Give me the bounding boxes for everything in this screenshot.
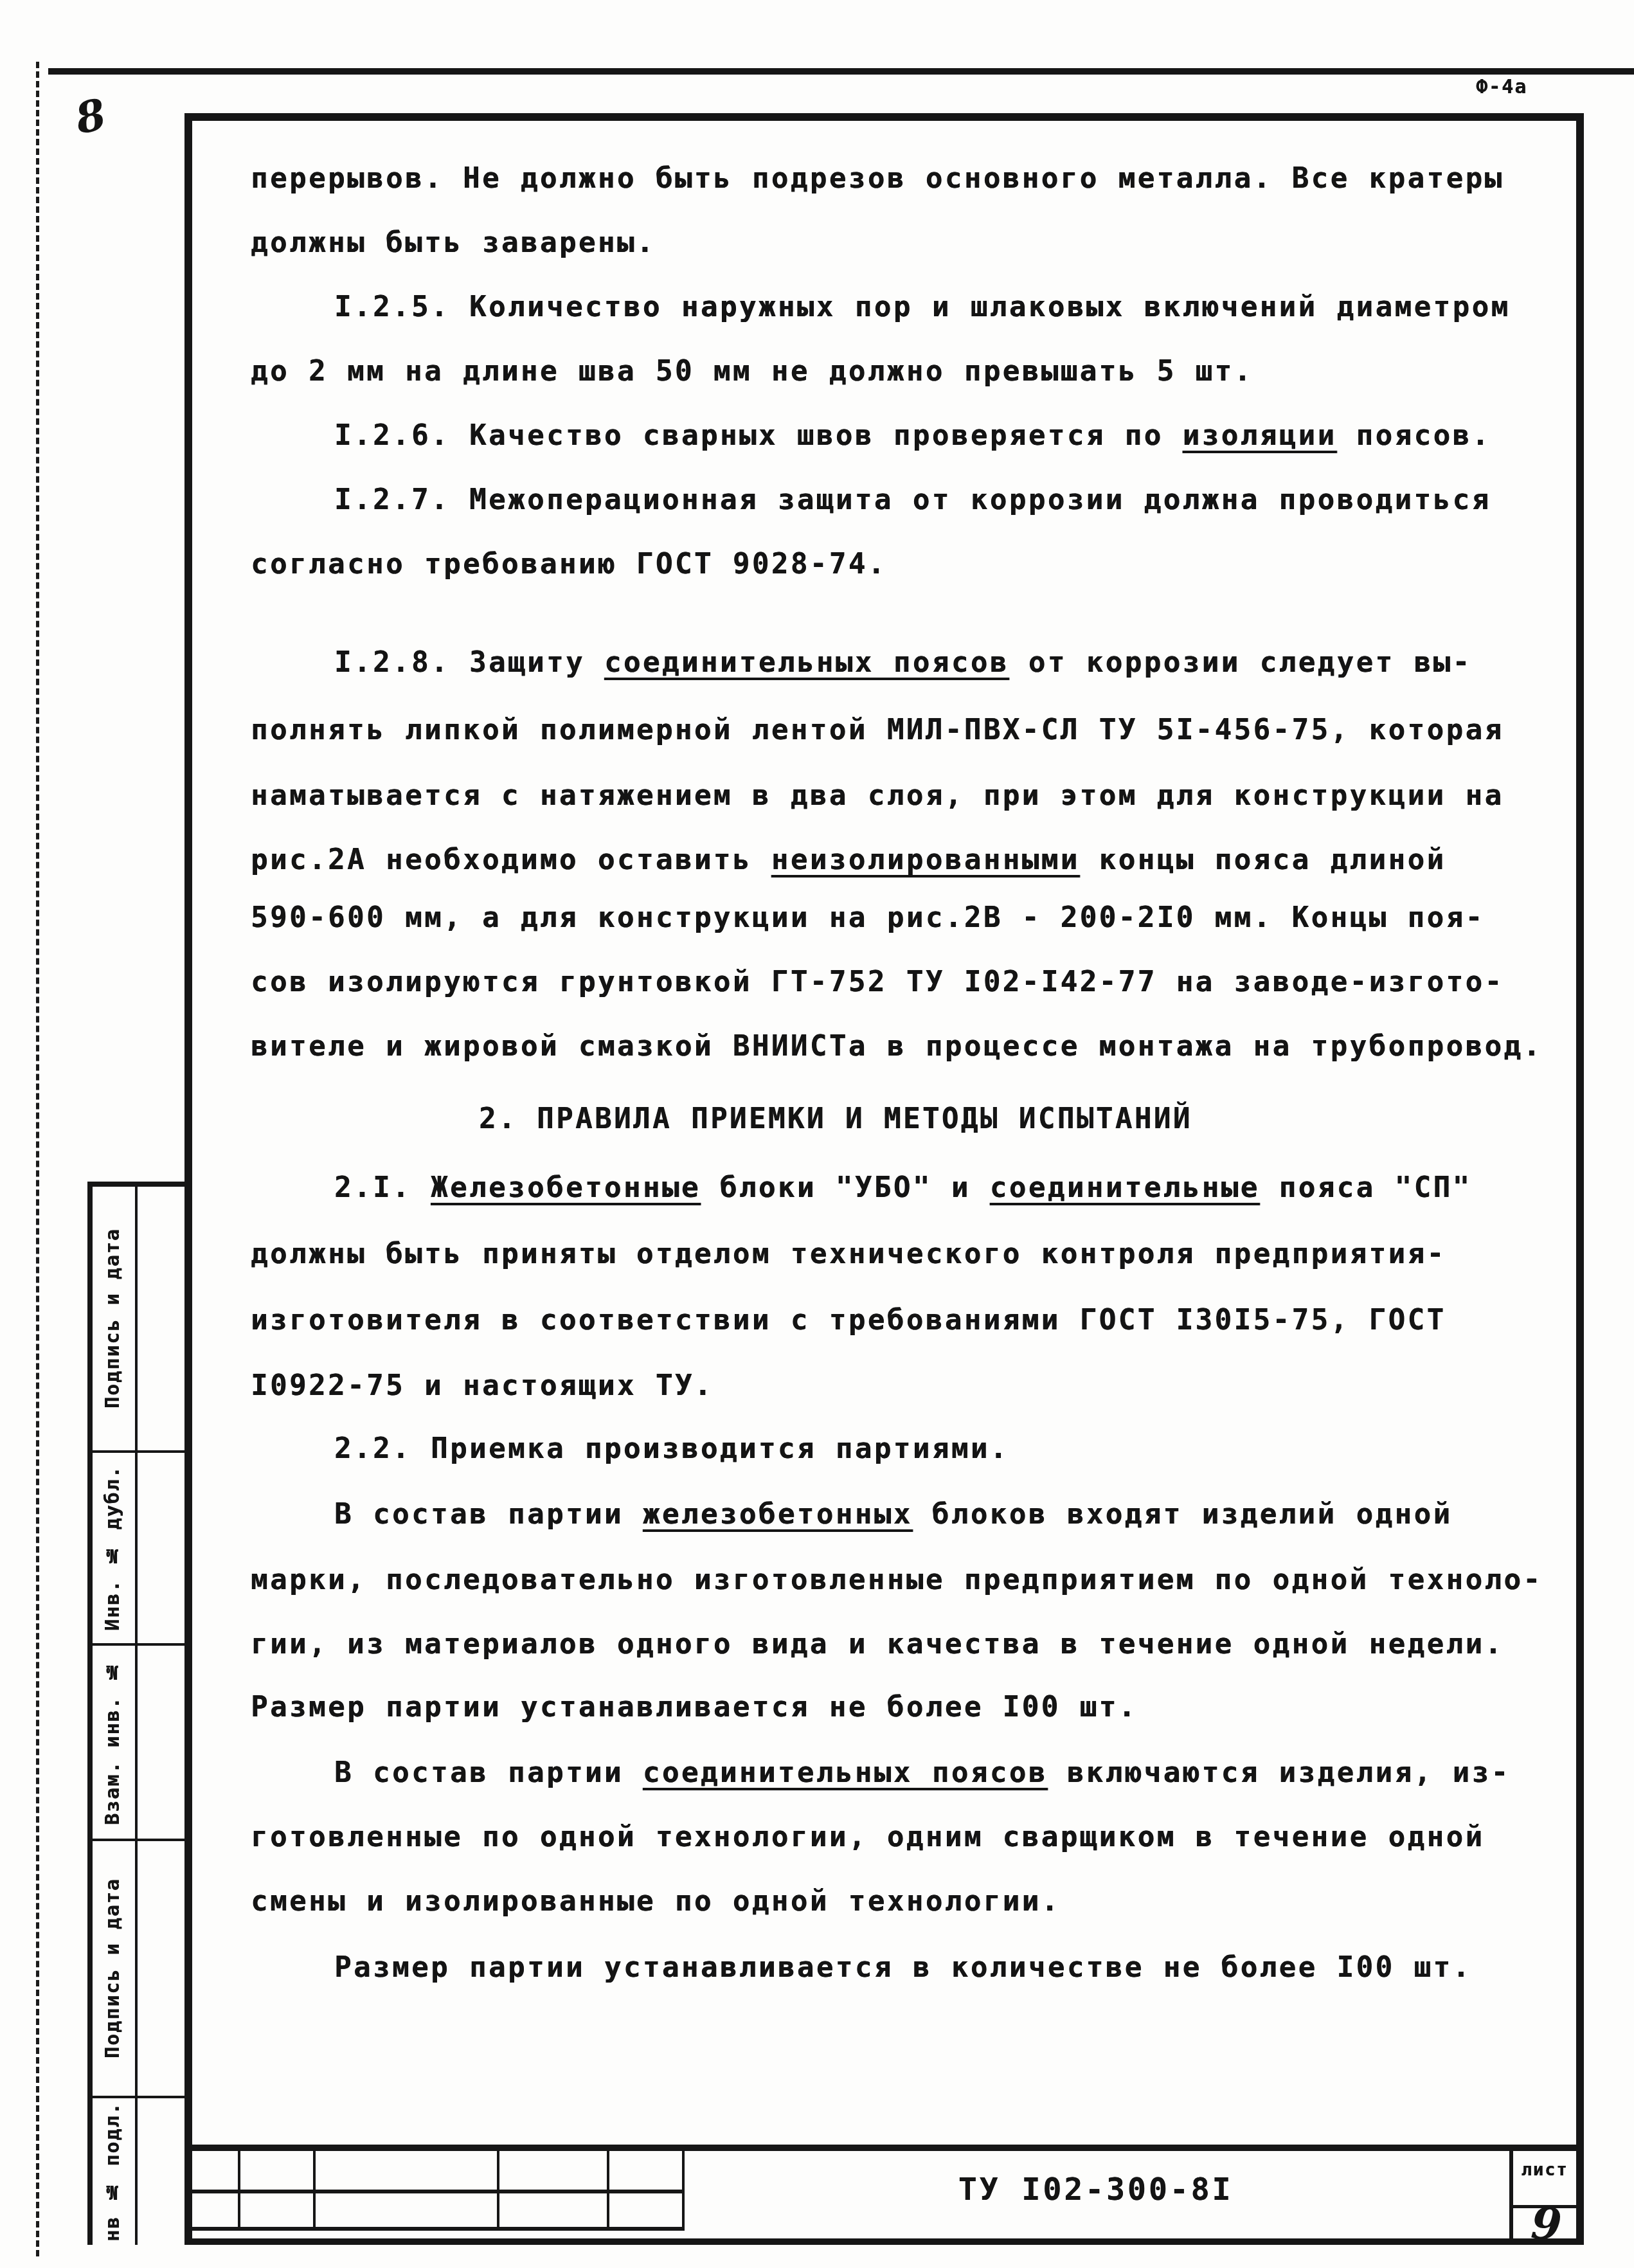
text-segment: сов изолируются грунтовкой ГТ-752 ТУ I02… — [251, 966, 1504, 998]
text-line: I.2.6. Качество сварных швов проверяется… — [334, 419, 1491, 452]
stamp-label-inv-podl: нв № подл. — [90, 2098, 135, 2245]
text-segment: смены и изолированные по одной технологи… — [251, 1885, 1061, 1918]
text-line: наматывается с натяжением в два слоя, пр… — [251, 779, 1504, 812]
text-line: Размер партии устанавливается не более I… — [251, 1691, 1138, 1724]
stamp-label-inv-dubl: Инв. № дубл. — [90, 1453, 135, 1643]
text-segment: I0922-75 и настоящих ТУ. — [251, 1369, 714, 1402]
text-line: гии, из материалов одного вида и качеств… — [251, 1628, 1504, 1661]
stamp-label-podpis-data-1: Подпись и дата — [90, 1187, 135, 1450]
text-segment: гии, из материалов одного вида и качеств… — [251, 1628, 1504, 1661]
underlined-text: Железобетонные — [431, 1171, 701, 1204]
stamp-label-vzam-inv: Взам. инв. № — [90, 1646, 135, 1839]
text-line: 2.I. Железобетонные блоки "УБО" и соедин… — [334, 1171, 1471, 1204]
text-line: согласно требованию ГОСТ 9028-74. — [251, 548, 887, 580]
text-segment: 2.2. Приемка производится партиями. — [334, 1432, 1009, 1465]
titleblock-row-line — [190, 2190, 685, 2193]
text-segment: рис.2А необходимо оставить — [251, 843, 771, 876]
text-line: должны быть заварены. — [251, 226, 656, 259]
text-segment: В состав партии — [334, 1498, 643, 1531]
text-line: перерывов. Не должно быть подрезов основ… — [251, 162, 1504, 195]
underlined-text: изоляции — [1183, 419, 1337, 452]
text-line: изготовителя в соответствии с требования… — [251, 1304, 1446, 1336]
text-line: В состав партии соединительных поясов вк… — [334, 1756, 1510, 1789]
text-segment: вителе и жировой смазкой ВНИИСТа в проце… — [251, 1030, 1542, 1063]
text-segment: марки, последовательно изготовленные пре… — [251, 1563, 1542, 1596]
text-line: вителе и жировой смазкой ВНИИСТа в проце… — [251, 1030, 1542, 1063]
text-line: В состав партии железобетонных блоков вх… — [334, 1498, 1452, 1531]
text-segment: полнять липкой полимерной лентой МИЛ-ПВХ… — [251, 714, 1504, 746]
text-segment: Размер партии устанавливается в количест… — [334, 1951, 1471, 1984]
sheet-label: лист — [1513, 2160, 1576, 2180]
text-segment: от коррозии следует вы- — [1009, 646, 1472, 679]
text-segment: I.2.5. Количество наружных пор и шлаковы… — [334, 291, 1510, 323]
text-line: I.2.5. Количество наружных пор и шлаковы… — [334, 291, 1510, 323]
text-line: марки, последовательно изготовленные пре… — [251, 1563, 1542, 1596]
text-line: смены и изолированные по одной технологи… — [251, 1885, 1061, 1918]
stamp-label-podpis-data-2: Подпись и дата — [90, 1841, 135, 2096]
text-segment: Размер партии устанавливается не более I… — [251, 1691, 1138, 1724]
text-segment: наматывается с натяжением в два слоя, пр… — [251, 779, 1504, 812]
text-segment: включаются изделия, из- — [1048, 1756, 1511, 1789]
underlined-text: неизолированными — [771, 843, 1080, 876]
text-segment: 590-600 мм, а для конструкции на рис.2В … — [251, 901, 1484, 934]
text-line: полнять липкой полимерной лентой МИЛ-ПВХ… — [251, 714, 1504, 746]
titleblock-top — [184, 2145, 1584, 2151]
text-segment: пояса "СП" — [1260, 1171, 1472, 1204]
text-segment: должны быть приняты отделом технического… — [251, 1237, 1446, 1270]
text-line: Размер партии устанавливается в количест… — [334, 1951, 1471, 1984]
text-line: 2. ПРАВИЛА ПРИЕМКИ И МЕТОДЫ ИСПЫТАНИЙ — [479, 1102, 1192, 1135]
text-line: должны быть приняты отделом технического… — [251, 1237, 1446, 1270]
text-segment: готовленные по одной технологии, одним с… — [251, 1821, 1484, 1853]
text-segment: 2. ПРАВИЛА ПРИЕМКИ И МЕТОДЫ ИСПЫТАНИЙ — [479, 1102, 1192, 1135]
text-segment: поясов. — [1337, 419, 1491, 452]
sheet-number-handwritten: 9 — [1529, 2197, 1563, 2251]
text-line: готовленные по одной технологии, одним с… — [251, 1821, 1484, 1853]
text-segment: I.2.8. Защиту — [334, 646, 604, 679]
text-line: I.2.8. Защиту соединительных поясов от к… — [334, 646, 1471, 679]
stamp-column-top-border — [87, 1182, 184, 1187]
text-line: I0922-75 и настоящих ТУ. — [251, 1369, 714, 1402]
text-segment: 2.I. — [334, 1171, 431, 1204]
text-line: до 2 мм на длине шва 50 мм не должно пре… — [251, 355, 1253, 388]
underlined-text: соединительных поясов — [604, 646, 1009, 679]
text-segment: должны быть заварены. — [251, 226, 656, 259]
body-text: перерывов. Не должно быть подрезов основ… — [0, 0, 1634, 2268]
text-line: 2.2. Приемка производится партиями. — [334, 1432, 1009, 1465]
underlined-text: железобетонных — [643, 1498, 913, 1531]
text-line: 590-600 мм, а для конструкции на рис.2В … — [251, 901, 1484, 934]
stamp-column-divider — [135, 1182, 138, 2245]
text-segment: согласно требованию ГОСТ 9028-74. — [251, 548, 887, 580]
text-segment: блоков входят изделий одной — [913, 1498, 1453, 1531]
text-line: сов изолируются грунтовкой ГТ-752 ТУ I02… — [251, 966, 1504, 998]
text-segment: перерывов. Не должно быть подрезов основ… — [251, 162, 1504, 195]
document-page: Ф-4а 8 перерывов. Не должно быть подрезо… — [0, 0, 1634, 2268]
underlined-text: соединительных поясов — [643, 1756, 1048, 1789]
text-segment: I.2.6. Качество сварных швов проверяется… — [334, 419, 1183, 452]
document-number: ТУ I02-300-8I — [682, 2172, 1509, 2208]
text-segment: блоки "УБО" и — [701, 1171, 990, 1204]
text-line: I.2.7. Межоперационная защита от коррози… — [334, 483, 1491, 516]
text-line: рис.2А необходимо оставить неизолированн… — [251, 843, 1446, 876]
underlined-text: соединительные — [990, 1171, 1260, 1204]
text-segment: I.2.7. Межоперационная защита от коррози… — [334, 483, 1491, 516]
text-segment: изготовителя в соответствии с требования… — [251, 1304, 1446, 1336]
titleblock-row-line — [190, 2227, 685, 2231]
text-segment: до 2 мм на длине шва 50 мм не должно пре… — [251, 355, 1253, 388]
text-segment: концы пояса длиной — [1080, 843, 1446, 876]
text-segment: В состав партии — [334, 1756, 643, 1789]
